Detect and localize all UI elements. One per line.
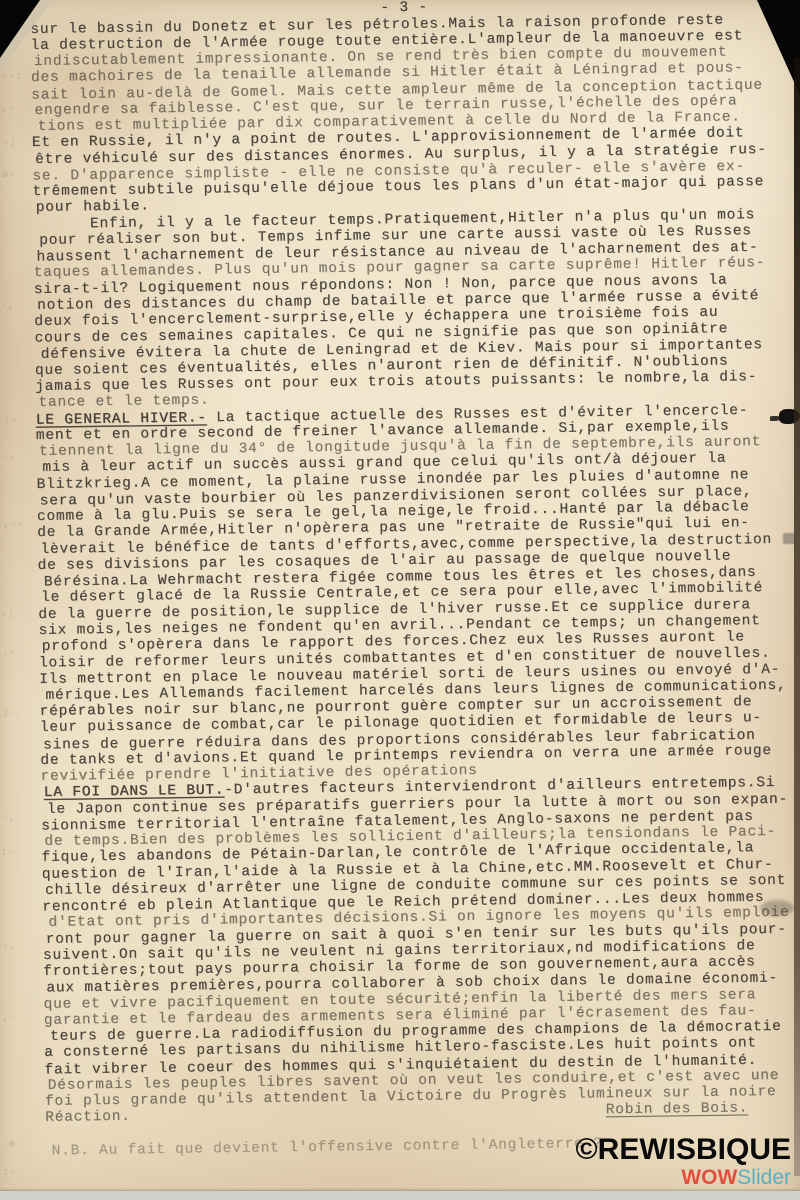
margin-smudge: ,·· — [3, 520, 24, 531]
margin-smudge: :· — [3, 1168, 17, 1179]
margin-smudge: -·: — [2, 72, 23, 83]
margin-smudge: ·; — [3, 138, 17, 149]
margin-smudge: ·, — [1, 300, 15, 311]
watermark-brand: ©REWISBIQUE — [576, 1135, 791, 1165]
margin-smudge: ·e — [2, 1140, 16, 1151]
margin-smudge: o· — [2, 170, 16, 181]
margin-smudge: .· — [2, 648, 16, 659]
margin-smudge: ·. — [2, 942, 16, 953]
scan-photo: { "page": { "number_label": "- 3 -" }, "… — [0, 0, 800, 1200]
watermark-slider-logo: WOWSlider — [576, 1167, 791, 1188]
margin-smudge: ,· — [1, 104, 15, 115]
margin-smudge: ·, — [2, 812, 16, 823]
right-edge-shadow — [794, 58, 800, 1176]
margin-smudge: ;· — [3, 708, 17, 719]
margin-smudge: :· — [1, 848, 15, 859]
watermark-slider-text: Slider — [737, 1166, 791, 1189]
margin-smudge: ·: — [1, 610, 15, 621]
margin-smudge: :· — [4, 416, 18, 427]
watermark-wow-text: WOW — [681, 1166, 737, 1189]
margin-smudge: ,· — [3, 1012, 17, 1023]
watermark: ©REWISBIQUE WOWSlider — [576, 1135, 791, 1188]
ink-smudge — [760, 900, 794, 916]
typewritten-page: - 3 - sur le bassin du Donetz et sur les… — [30, 0, 794, 1159]
margin-smudge: ·. — [2, 452, 16, 463]
typewritten-text: sur le bassin du Donetz et sur les pétro… — [30, 11, 793, 1159]
signature: Robin des Bois. — [606, 1101, 749, 1119]
bottom-edge-strip — [0, 1191, 800, 1200]
